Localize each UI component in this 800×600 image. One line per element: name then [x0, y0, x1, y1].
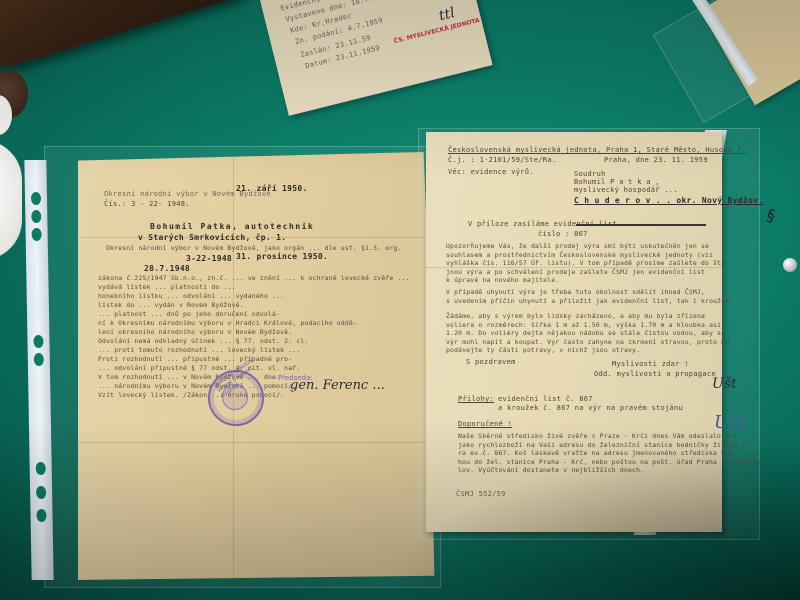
right-document: Československá myslivecká jednota, Praha… [426, 132, 722, 532]
body-line: honebního lístku ... odvoláni ... vydané… [98, 292, 284, 301]
body-line: ní k Okresnímu národnímu výboru v Hradci… [98, 319, 357, 328]
red-stamp: ČS. MYSLIVECKÁ JEDNOTA [393, 17, 480, 45]
paragraph: Žádáme, aby s výrem bylo lidsky zacházen… [446, 312, 729, 355]
paragraph: Upozorňujeme Vás, že další prodej výra s… [446, 242, 729, 285]
holder-name: Bohumil Patka, autotechnik [150, 222, 314, 231]
attachment-item: evidenční list č. 867 [498, 395, 593, 404]
closing: S pozdravem [466, 358, 516, 367]
sign-line: Myslivosti zdar ! [612, 360, 689, 369]
attachments-label: Přílohy: [458, 395, 494, 404]
top-doc-signature: ttl [437, 5, 456, 24]
recommendation-text: Naše Sběrné středisko živé zvěře v Praze… [458, 432, 766, 475]
display-case: Obcanský průkaz ... Jméno: Bohumil Patka… [0, 0, 800, 600]
issue-date: 28.7.1948 [144, 264, 190, 273]
body-line: Okresní národní výbor v Novém Bydžově, j… [106, 244, 401, 253]
body-line: lístek do ... vydán v Novém Bydžově. [98, 301, 244, 310]
body-line: Odvolání nemá odkladný účinek ... § 77. … [98, 337, 308, 346]
sign-line: Odd. myslivosti a propagace [594, 370, 716, 379]
footer-ref: ČSMJ 552/59 [456, 490, 506, 499]
recipient-line: myslivecký hospodář ... [574, 186, 678, 195]
top-document: Obcanský průkaz ... Jméno: Bohumil Patka… [255, 0, 493, 116]
number-label: číslo : 867 [538, 230, 588, 239]
holder-address: v Starých Smrkovicích, čp. 1. [138, 233, 286, 242]
short-signature: Ušt [712, 376, 737, 392]
ref-number: Č.j. : 1-2101/59/Ste/Ra. [448, 156, 556, 165]
official-stamp: OKRESNÍ NÁRODNÍ VÝBOR v Novém Bydžově [208, 370, 264, 426]
valid-to: 31. prosince 1950. [236, 252, 328, 261]
paragraph: V případě uhynutí výra je třeba tuto oko… [446, 288, 733, 305]
body-line: ... národnímu výboru v Novém Bydžově ...… [98, 382, 296, 391]
org-header: Československá myslivecká jednota, Praha… [448, 146, 746, 155]
subject: Věc: evidence výrů. [448, 168, 534, 177]
body-line: ... platnost ... dnů po jeho doručení od… [98, 310, 280, 319]
body-line: vydává lístek ... platnosti do ... [98, 283, 236, 292]
body-line: ... odvolání připustné § 77 odst. 4. cit… [98, 364, 300, 373]
body-line: Proti rozhodnutí ... připustné ... přípa… [98, 355, 292, 364]
deer-antler [0, 0, 260, 78]
recommendation-label: Doporučené ! [458, 420, 512, 429]
pin-icon [783, 258, 797, 272]
attachment-item: a kroužek č. 867 na výr na pravém stoján… [498, 404, 683, 413]
thread-icon: § [765, 205, 778, 225]
body-line: lení okresního národního výboru v Novém … [98, 328, 292, 337]
place-date: Praha, dne 23. 11. 1959 [604, 156, 708, 165]
redacted-line [576, 224, 706, 226]
recipient-line: C h u d e r o v . . okr. Nový Bydžov. [574, 196, 763, 205]
blue-signature: Ušt [714, 412, 746, 433]
body-line: ... proti tomuto rozhodnutí ... lovecký … [98, 346, 300, 355]
chairman-signature: gen. Ferenc ... [290, 378, 385, 393]
animal-skull [0, 140, 22, 260]
valid-from: 3-22-1948 [186, 254, 232, 263]
doc-ref: Čís.: 3 - 22- 1948. [104, 200, 190, 209]
body-line: zákona č.225/1947 Sb.n.o., zn.č. ... ve … [98, 274, 410, 283]
left-document: Okresní národní výbor v Novém Bydžově 21… [78, 152, 438, 580]
doc-date: 21. září 1950. [236, 184, 308, 193]
